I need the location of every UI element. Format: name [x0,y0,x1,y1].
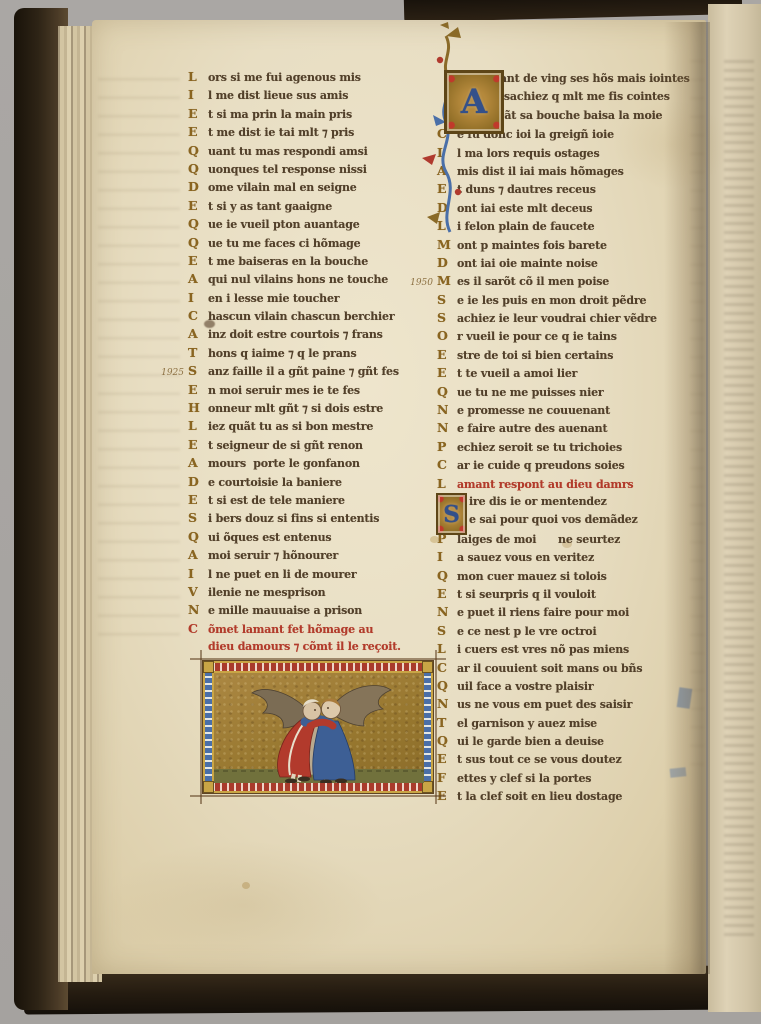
verse-text: echiez seroit se tu trichoies [457,439,622,457]
verse-text: ont iai oie mainte noise [457,255,598,273]
verse-initial: L [437,640,457,658]
verse-text: ue ie vueil pton auantage [208,216,360,234]
verse-text: onneur mlt gñt ⁊ si dois estre [208,400,383,418]
ruling-line [435,650,437,804]
manuscript-page: A S L ors si me fui agenous mis I l me d… [92,20,706,974]
verse-text: amant respont au dieu damrs [457,476,633,494]
verse-text: t si est de tele maniere [208,492,345,510]
verse-line: dieu damours ⁊ cõmt il le reçoit. [188,638,438,656]
verse-initial: N [437,419,457,437]
verse-initial: C [188,620,208,638]
verse-line: Q ue ie vueil pton auantage [188,215,438,233]
decorated-initial-s: S [436,493,467,535]
verse-initial: M [437,236,457,254]
verse-initial: Q [188,234,208,252]
verse-text: us ne vous em puet des saisir [457,696,632,714]
verse-text: hascun vilain chascun berchier [208,308,394,326]
miniature-frame [202,660,434,794]
bleedthrough-left-margin [98,78,180,638]
verse-text: t te vueil a amoi lier [457,365,577,383]
god-of-love-and-lover-figures [214,673,424,783]
verse-text: ettes y clef si la portes [457,770,591,788]
verse-initial: S [188,509,208,527]
verse-text: stre de toi si bien certains [457,347,613,365]
verse-text: ire dis ie or mentendez [469,493,607,511]
verse-initial: I [188,289,208,307]
verse-initial: P [437,438,457,456]
verse-text: t sus tout ce se vous doutez [457,751,622,769]
verse-text: achiez ie leur voudrai chier vẽdre [457,310,657,328]
verse-text: n moi seruir mes ie te fes [208,382,360,400]
verse-initial: E [437,750,457,768]
verse-text: mours porte le gonfanon [208,455,360,473]
verse-initial: E [188,381,208,399]
verse-text: ⁊ sachiez q mlt me fis cointes [495,88,670,106]
verse-text: ui õques est entenus [208,529,331,547]
verse-initial: S [437,291,457,309]
verse-text: t si ma prin la main pris [208,106,352,124]
verse-line: Q uonques tel response nissi [188,160,438,178]
verse-line: H onneur mlt gñt ⁊ si dois estre [188,399,438,417]
verse-initial: Q [188,142,208,160]
verse-line: A inz doit estre courtois ⁊ frans [188,325,438,343]
verse-initial: E [188,252,208,270]
verse-text: el garnison y auez mise [457,715,597,733]
text-column-left: L ors si me fui agenous mis I l me dist … [188,68,438,657]
verse-initial: H [188,399,208,417]
verse-line: I l ne puet en li de mourer [188,565,438,583]
verse-line: E t si ma prin la main pris [188,105,438,123]
verse-text: laiges de moi ne seurtez [457,531,620,549]
verse-initial: A [188,454,208,472]
verse-text: ue tu ne me puisses nier [457,384,603,402]
verse-line: L ors si me fui agenous mis [188,68,438,86]
verse-line: N e mille mauuaise a prison [188,601,438,619]
verse-text: e puet il riens faire pour moi [457,604,629,622]
verse-initial: A [188,546,208,564]
verse-line: D e courtoisie la baniere [188,473,438,491]
verse-initial: C [437,456,457,474]
verse-initial: L [437,475,457,493]
verse-initial: E [188,123,208,141]
verse-text: ont p maintes fois barete [457,237,607,255]
verse-text: ors si me fui agenous mis [208,69,361,87]
verse-text: e courtoisie la baniere [208,474,342,492]
verse-line: E t me dist ie tai mlt ⁊ pris [188,123,438,141]
verse-line: Q ue tu me faces ci hõmage [188,234,438,252]
miniature-border-left [203,671,214,783]
verse-initial: T [437,714,457,732]
verse-initial: T [188,344,208,362]
manuscript-photo: A S L ors si me fui agenous mis I l me d… [0,0,761,1024]
verse-initial: S [188,362,208,380]
verse-initial: Q [437,732,457,750]
verse-text: ilenie ne mesprison [208,584,325,602]
verse-text: ue tu me faces ci hõmage [208,235,360,253]
verse-text: t me dist ie tai mlt ⁊ pris [208,124,354,142]
verse-text: dieu damours ⁊ cõmt il le reçoit. [208,638,401,656]
verse-initial: D [188,178,208,196]
verse-text: ui le garde bien a deuise [457,733,604,751]
verse-initial: N [437,401,457,419]
miniature-corner [422,661,433,673]
verse-text: ar il couuient soit mans ou bñs [457,660,642,678]
verse-line: E t seigneur de si gñt renon [188,436,438,454]
verse-initial: E [437,364,457,382]
verse-text: l me dist lieue sus amis [208,87,348,105]
verse-line: I en i lesse mie toucher [188,289,438,307]
verse-initial: C [437,659,457,677]
verse-initial: Q [437,383,457,401]
verse-line: S i bers douz si fins si ententis [188,509,438,527]
verse-text: l ne puet en li de mourer [208,566,357,584]
verse-initial: E [188,436,208,454]
verse-text: e faire autre des auenant [457,420,607,438]
verse-line: Q uant tu mas respondi amsi [188,142,438,160]
verse-initial: D [188,473,208,491]
verse-text: õmet lamant fet hõmage au [208,621,373,639]
fox-spot [242,882,250,889]
verse-line: D ome vilain mal en seigne [188,178,438,196]
verse-text: e promesse ne couuenant [457,402,610,420]
verse-line: C õmet lamant fet hõmage au [188,620,438,638]
verse-initial: L [188,417,208,435]
parchment-stain [104,840,384,970]
verse-text: moi seruir ⁊ hõnourer [208,547,338,565]
verse-text: qui nul vilains hons ne touche [208,271,388,289]
verse-text: ar ie cuide q preudons soies [457,457,625,475]
miniature-corner [203,781,214,793]
verse-text: hons q iaime ⁊ q le prans [208,345,356,363]
verse-initial: L [188,68,208,86]
miniature-scene [214,673,424,783]
verse-initial: A [188,270,208,288]
verse-text: e sai pour quoi vos demãdez [469,511,638,529]
decorated-initial-letter: S [443,501,460,528]
verse-line: Q ui õques est entenus [188,528,438,546]
verse-line: C hascun vilain chascun berchier [188,307,438,325]
verse-initial: Q [188,160,208,178]
verse-text: r vueil ie pour ce q ie tains [457,328,617,346]
verse-text: e mille mauuaise a prison [208,602,362,620]
miniature-corner [203,661,214,673]
verse-line: A mours porte le gonfanon [188,454,438,472]
verse-text: i bers douz si fins si ententis [208,510,379,528]
verse-text: uant tu mas respondi amsi [208,143,368,161]
verse-initial: O [437,327,457,345]
verse-initial: I [188,565,208,583]
verse-line: 1925 S anz faille il a gñt paine ⁊ gñt f… [188,362,438,380]
verse-initial: E [188,491,208,509]
verse-line: A moi seruir ⁊ hõnourer [188,546,438,564]
decorated-initial-a: A [444,70,504,134]
verse-text: ome vilain mal en seigne [208,179,357,197]
verse-initial: N [437,603,457,621]
verse-initial: I [437,548,457,566]
verse-initial: N [437,695,457,713]
ruling-line [190,795,446,797]
verse-text: mis dist il iai mais hõmages [457,163,624,181]
verse-text: es il sarõt cõ il men poise [457,273,609,291]
verse-line: I l me dist lieue sus amis [188,86,438,104]
verse-text: e ie les puis en mon droit pẽdre [457,292,646,310]
verse-text: e ce nest p le vre octroi [457,623,596,641]
verse-line: T hons q iaime ⁊ q le prans [188,344,438,362]
verse-line: E t me baiseras en la bouche [188,252,438,270]
verse-initial: Q [188,528,208,546]
verse-line: V ilenie ne mesprison [188,583,438,601]
verse-line: E t si y as tant gaaigne [188,197,438,215]
verse-text: uonques tel response nissi [208,161,367,179]
verse-initial: M [437,272,457,290]
verse-text: mon cuer mauez si tolois [457,568,607,586]
verse-text: t seigneur de si gñt renon [208,437,363,455]
verse-line: L iez quãt tu as si bon mestre [188,417,438,435]
verse-text: t si y as tant gaaigne [208,198,332,216]
verse-initial: S [437,309,457,327]
verse-text: en i lesse mie toucher [208,290,339,308]
verse-text: inz doit estre courtois ⁊ frans [208,326,383,344]
verse-initial: E [188,105,208,123]
verse-initial: A [188,325,208,343]
verse-initial: Q [437,567,457,585]
verse-initial: E [188,197,208,215]
verse-initial: F [437,769,457,787]
verse-initial: I [188,86,208,104]
verse-initial: N [188,601,208,619]
verse-text: tant de ving ses hõs mais iointes [495,70,690,88]
verse-line: E t si est de tele maniere [188,491,438,509]
verse-line: A qui nul vilains hons ne touche [188,270,438,288]
verse-text: t si seurpris q il vouloit [457,586,596,604]
line-number: 1950 [403,274,433,292]
verse-initial: E [437,585,457,603]
verse-initial: E [437,346,457,364]
line-number: 1925 [154,364,184,382]
decorated-initial-letter: A [461,82,487,122]
verse-text: anz faille il a gñt paine ⁊ gñt fes [208,363,399,381]
book-top-edge [404,0,743,22]
verse-text: Qãt sa bouche baisa la moie [495,107,662,125]
miniature-border-top [213,661,423,673]
verse-text: t me baiseras en la bouche [208,253,368,271]
verse-text: a sauez vous en veritez [457,549,594,567]
verse-line: E n moi seruir mes ie te fes [188,381,438,399]
verse-initial: Q [437,677,457,695]
verse-text: i cuers est vres nõ pas miens [457,641,629,659]
verse-text: uil face a vostre plaisir [457,678,594,696]
verse-initial: Q [188,215,208,233]
verse-initial: V [188,583,208,601]
verse-text: iez quãt tu as si bon mestre [208,418,373,436]
verse-text: t la clef soit en lieu dostage [457,788,622,806]
verse-initial: D [437,254,457,272]
page-gutter-shadow [664,22,710,974]
verse-initial: S [437,622,457,640]
verse-initial: C [188,307,208,325]
